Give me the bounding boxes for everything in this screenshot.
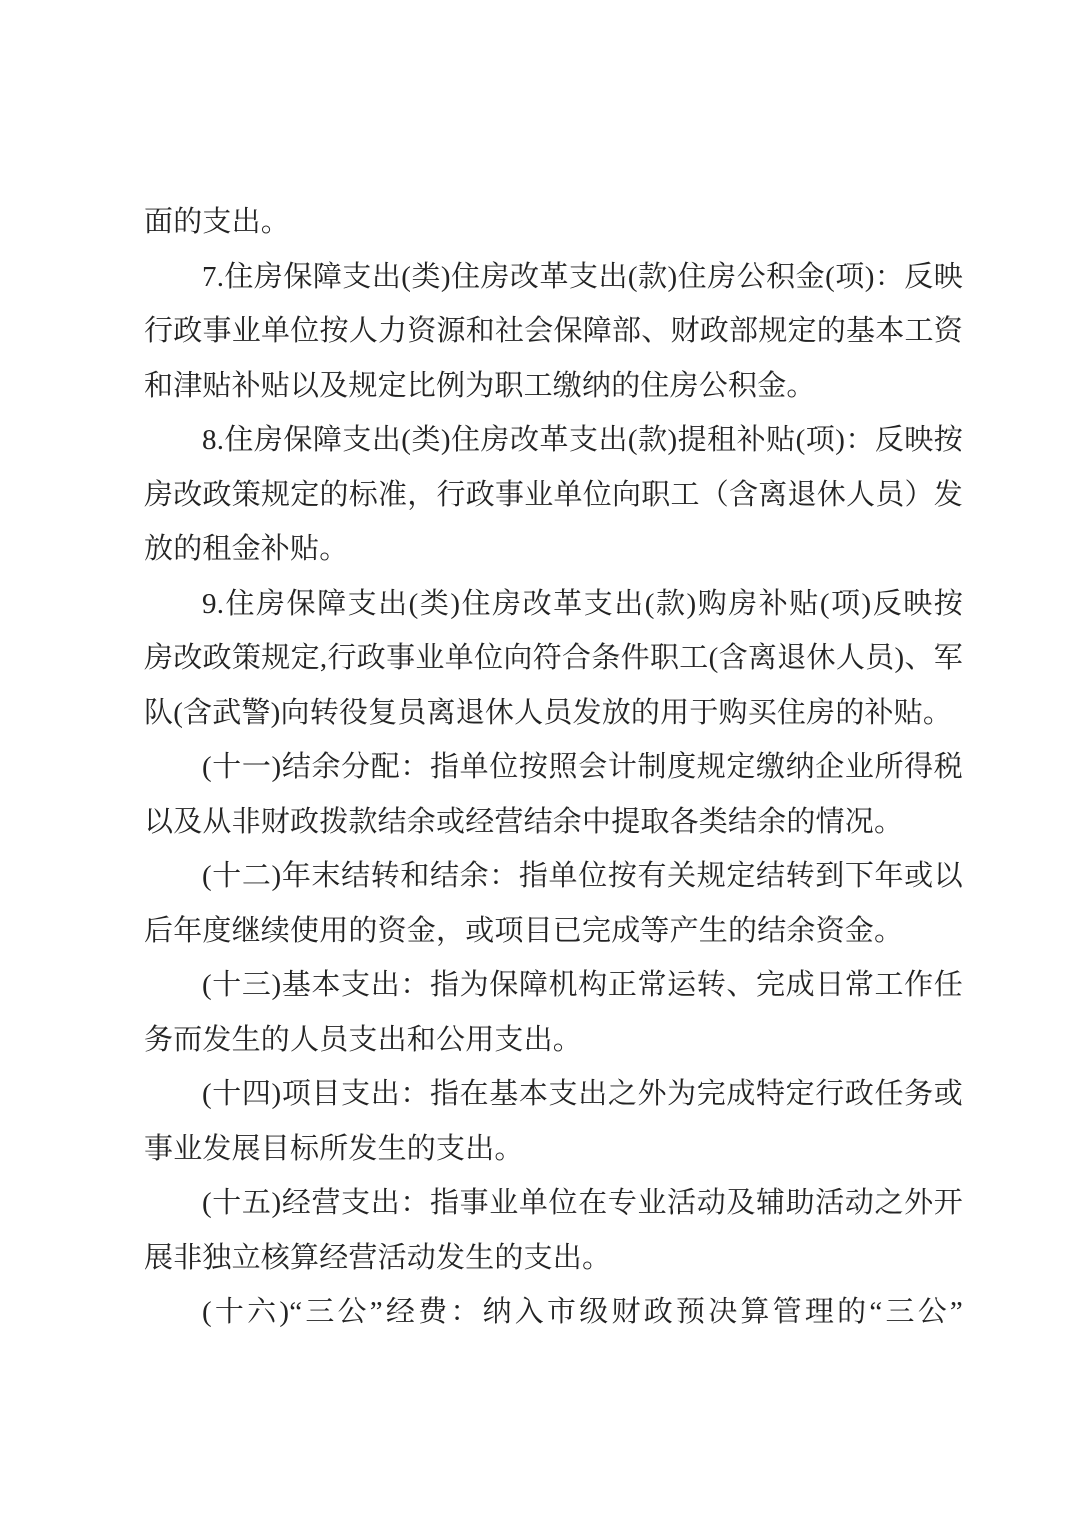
text-line: 放的租金补贴。 [144,522,963,577]
text-line: 房改政策规定的标准，行政事业单位向职工（含离退休人员）发 [144,468,963,523]
text-line: 展非独立核算经营活动发生的支出。 [144,1231,963,1286]
text-line: 房改政策规定,行政事业单位向符合条件职工(含离退休人员)、军 [144,631,963,686]
text-line: (十四)项目支出：指在基本支出之外为完成特定行政任务或 [144,1067,963,1122]
text-line: 和津贴补贴以及规定比例为职工缴纳的住房公积金。 [144,359,963,414]
text-line: 后年度继续使用的资金，或项目已完成等产生的结余资金。 [144,904,963,959]
text-line: 以及从非财政拨款结余或经营结余中提取各类结余的情况。 [144,795,963,850]
text-line: (十二)年末结转和结余：指单位按有关规定结转到下年或以 [144,849,963,904]
document-page: 面的支出。7.住房保障支出(类)住房改革支出(款)住房公积金(项)：反映行政事业… [0,0,1074,1520]
text-line: 面的支出。 [144,195,963,250]
text-line: 务而发生的人员支出和公用支出。 [144,1013,963,1068]
text-line: 8.住房保障支出(类)住房改革支出(款)提租补贴(项)：反映按 [144,413,963,468]
text-line: 队(含武警)向转役复员离退休人员发放的用于购买住房的补贴。 [144,686,963,741]
text-line: (十五)经营支出：指事业单位在专业活动及辅助活动之外开 [144,1176,963,1231]
text-line: 7.住房保障支出(类)住房改革支出(款)住房公积金(项)：反映 [144,250,963,305]
text-line: 9.住房保障支出(类)住房改革支出(款)购房补贴(项)反映按 [144,577,963,632]
document-body: 面的支出。7.住房保障支出(类)住房改革支出(款)住房公积金(项)：反映行政事业… [144,195,963,1340]
text-line: (十三)基本支出：指为保障机构正常运转、完成日常工作任 [144,958,963,1013]
text-line: 事业发展目标所发生的支出。 [144,1122,963,1177]
text-line: 行政事业单位按人力资源和社会保障部、财政部规定的基本工资 [144,304,963,359]
text-line: (十六)“三公”经费：纳入市级财政预决算管理的“三公” [144,1285,963,1340]
text-line: (十一)结余分配：指单位按照会计制度规定缴纳企业所得税 [144,740,963,795]
